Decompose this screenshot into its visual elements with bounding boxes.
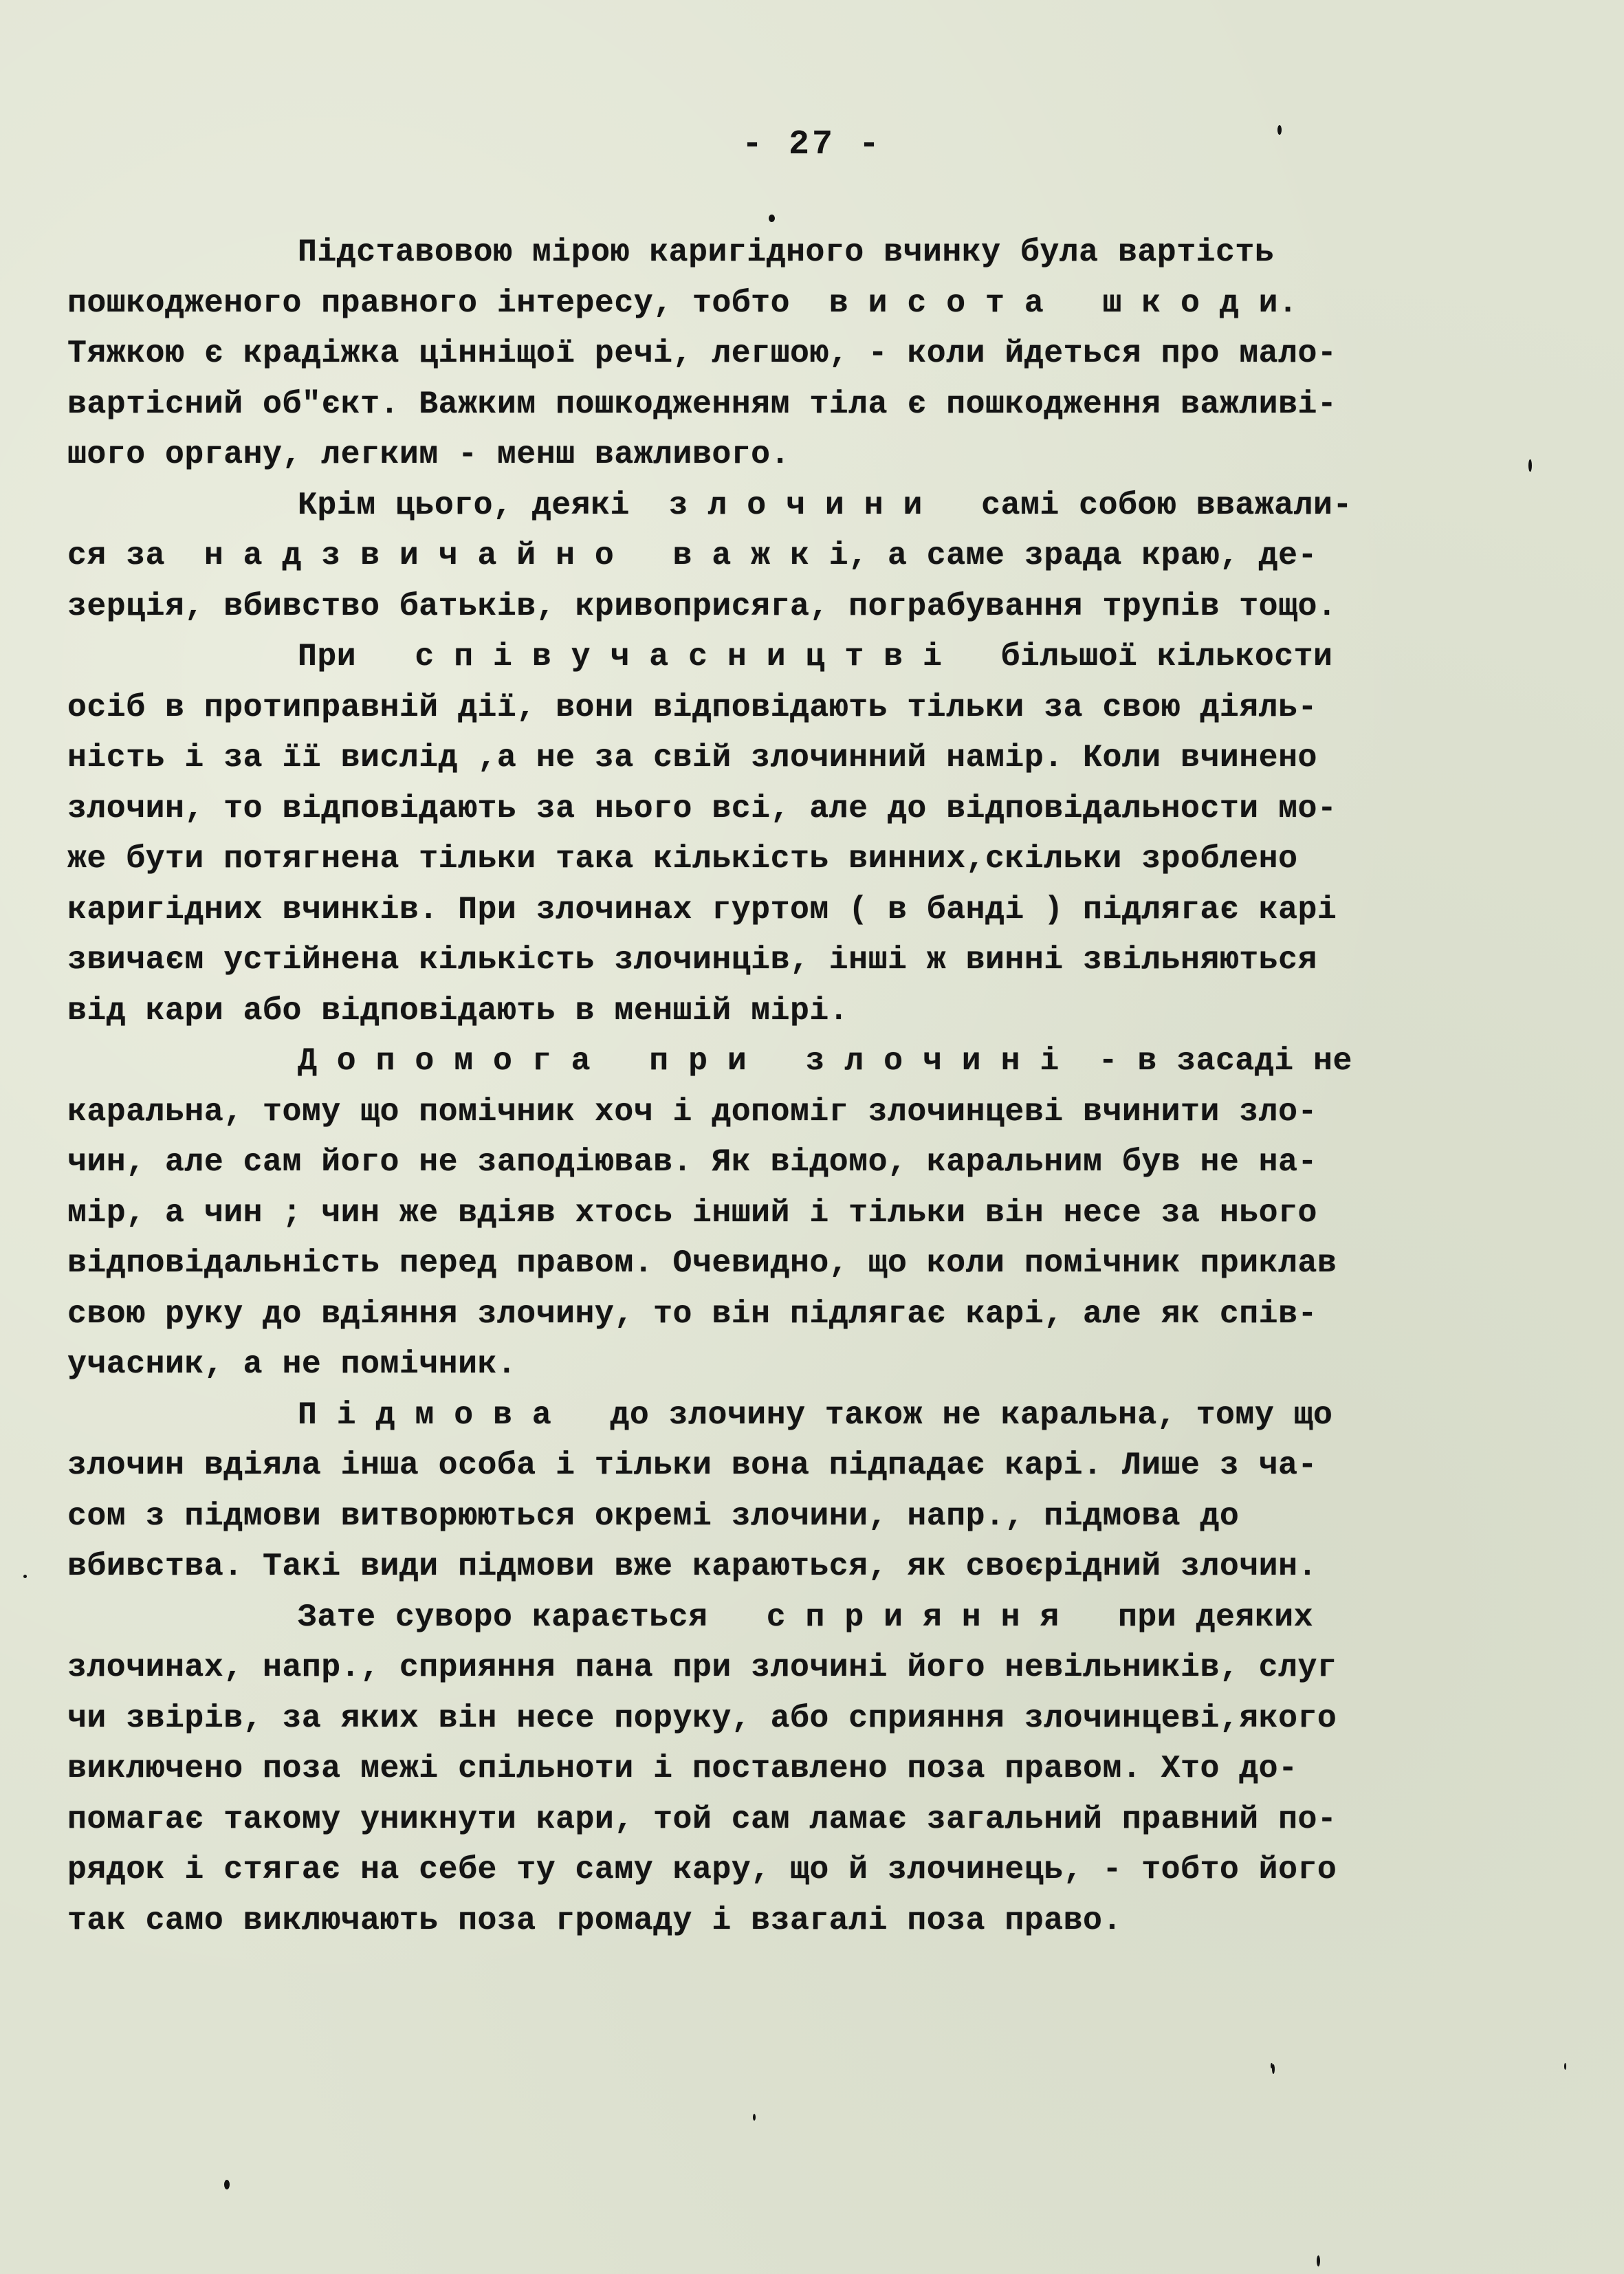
dust-speck (1277, 125, 1282, 135)
dust-speck (1317, 2255, 1320, 2266)
text-line: злочинах, напр., сприяння пана при злочи… (67, 1642, 1580, 1693)
dust-speck (769, 215, 775, 222)
text-line: сом з підмови витворюються окремі злочин… (67, 1491, 1580, 1542)
text-line: чин, але сам його не заподіював. Як відо… (67, 1137, 1580, 1188)
text-line: ність і за її вислід ,а не за свій злочи… (67, 732, 1580, 783)
text-line: шого органу, легким - менш важливого. (67, 429, 1580, 480)
dust-speck (1528, 459, 1532, 472)
text-line: Тяжкою є крадіжка цінніщої речі, легшою,… (67, 328, 1580, 379)
text-line: П і д м о в а до злочину також не караль… (67, 1390, 1580, 1441)
text-line: злочин вдіяла інша особа і тільки вона п… (67, 1440, 1580, 1491)
text-line: злочин, то відповідають за нього всі, ал… (67, 783, 1580, 834)
dust-speck (1271, 2063, 1273, 2068)
text-line: осіб в протиправній дії, вони відповідаю… (67, 682, 1580, 733)
text-line: каригідних вчинків. При злочинах гуртом … (67, 884, 1580, 935)
text-line: так само виключають поза громаду і взага… (67, 1895, 1580, 1946)
text-line: При с п і в у ч а с н и ц т в і більшої … (67, 631, 1580, 682)
text-line: чи звірів, за яких він несе поруку, або … (67, 1693, 1580, 1744)
text-line: каральна, тому що помічник хоч і допоміг… (67, 1086, 1580, 1137)
text-line: зерція, вбивство батьків, кривоприсяга, … (67, 581, 1580, 632)
text-line: же бути потягнена тільки така кількість … (67, 833, 1580, 884)
text-line: ся за н а д з в и ч а й н о в а ж к і, а… (67, 530, 1580, 581)
text-line: вбивства. Такі види підмови вже караютьс… (67, 1541, 1580, 1592)
text-line: звичаєм устійнена кількість злочинців, і… (67, 934, 1580, 985)
text-line: виключено поза межі спільноти і поставле… (67, 1743, 1580, 1794)
text-line: пошкодженого правного інтересу, тобто в … (67, 278, 1580, 329)
text-line: Д о п о м о г а п р и з л о ч и н і - в … (67, 1036, 1580, 1086)
text-line: мір, а чин ; чин же вдіяв хтось інший і … (67, 1188, 1580, 1238)
dust-speck (23, 1575, 27, 1578)
text-line: рядок і стягає на себе ту саму кару, що … (67, 1844, 1580, 1895)
text-line: відповідальність перед правом. Очевидно,… (67, 1238, 1580, 1289)
text-line: Крім цього, деякі з л о ч и н и самі соб… (67, 480, 1580, 531)
page-number: - 27 - (0, 125, 1624, 164)
text-line: вартісний об"єкт. Важким пошкодженням ті… (67, 379, 1580, 430)
text-line: помагає такому уникнути кари, той сам ла… (67, 1794, 1580, 1845)
dust-speck (224, 2180, 230, 2189)
text-line: Підставовою мірою каригідного вчинку бул… (67, 227, 1580, 278)
document-page: - 27 - Підставовою мірою каригідного вчи… (0, 0, 1624, 2274)
text-line: учасник, а не помічник. (67, 1339, 1580, 1390)
document-body: Підставовою мірою каригідного вчинку бул… (67, 227, 1580, 1945)
dust-speck (753, 2114, 756, 2121)
text-line: від кари або відповідають в меншій мірі. (67, 985, 1580, 1036)
dust-speck (1564, 2063, 1566, 2070)
text-line: свою руку до вдіяння злочину, то він під… (67, 1289, 1580, 1340)
text-line: Зате суворо карається с п р и я н н я пр… (67, 1592, 1580, 1643)
